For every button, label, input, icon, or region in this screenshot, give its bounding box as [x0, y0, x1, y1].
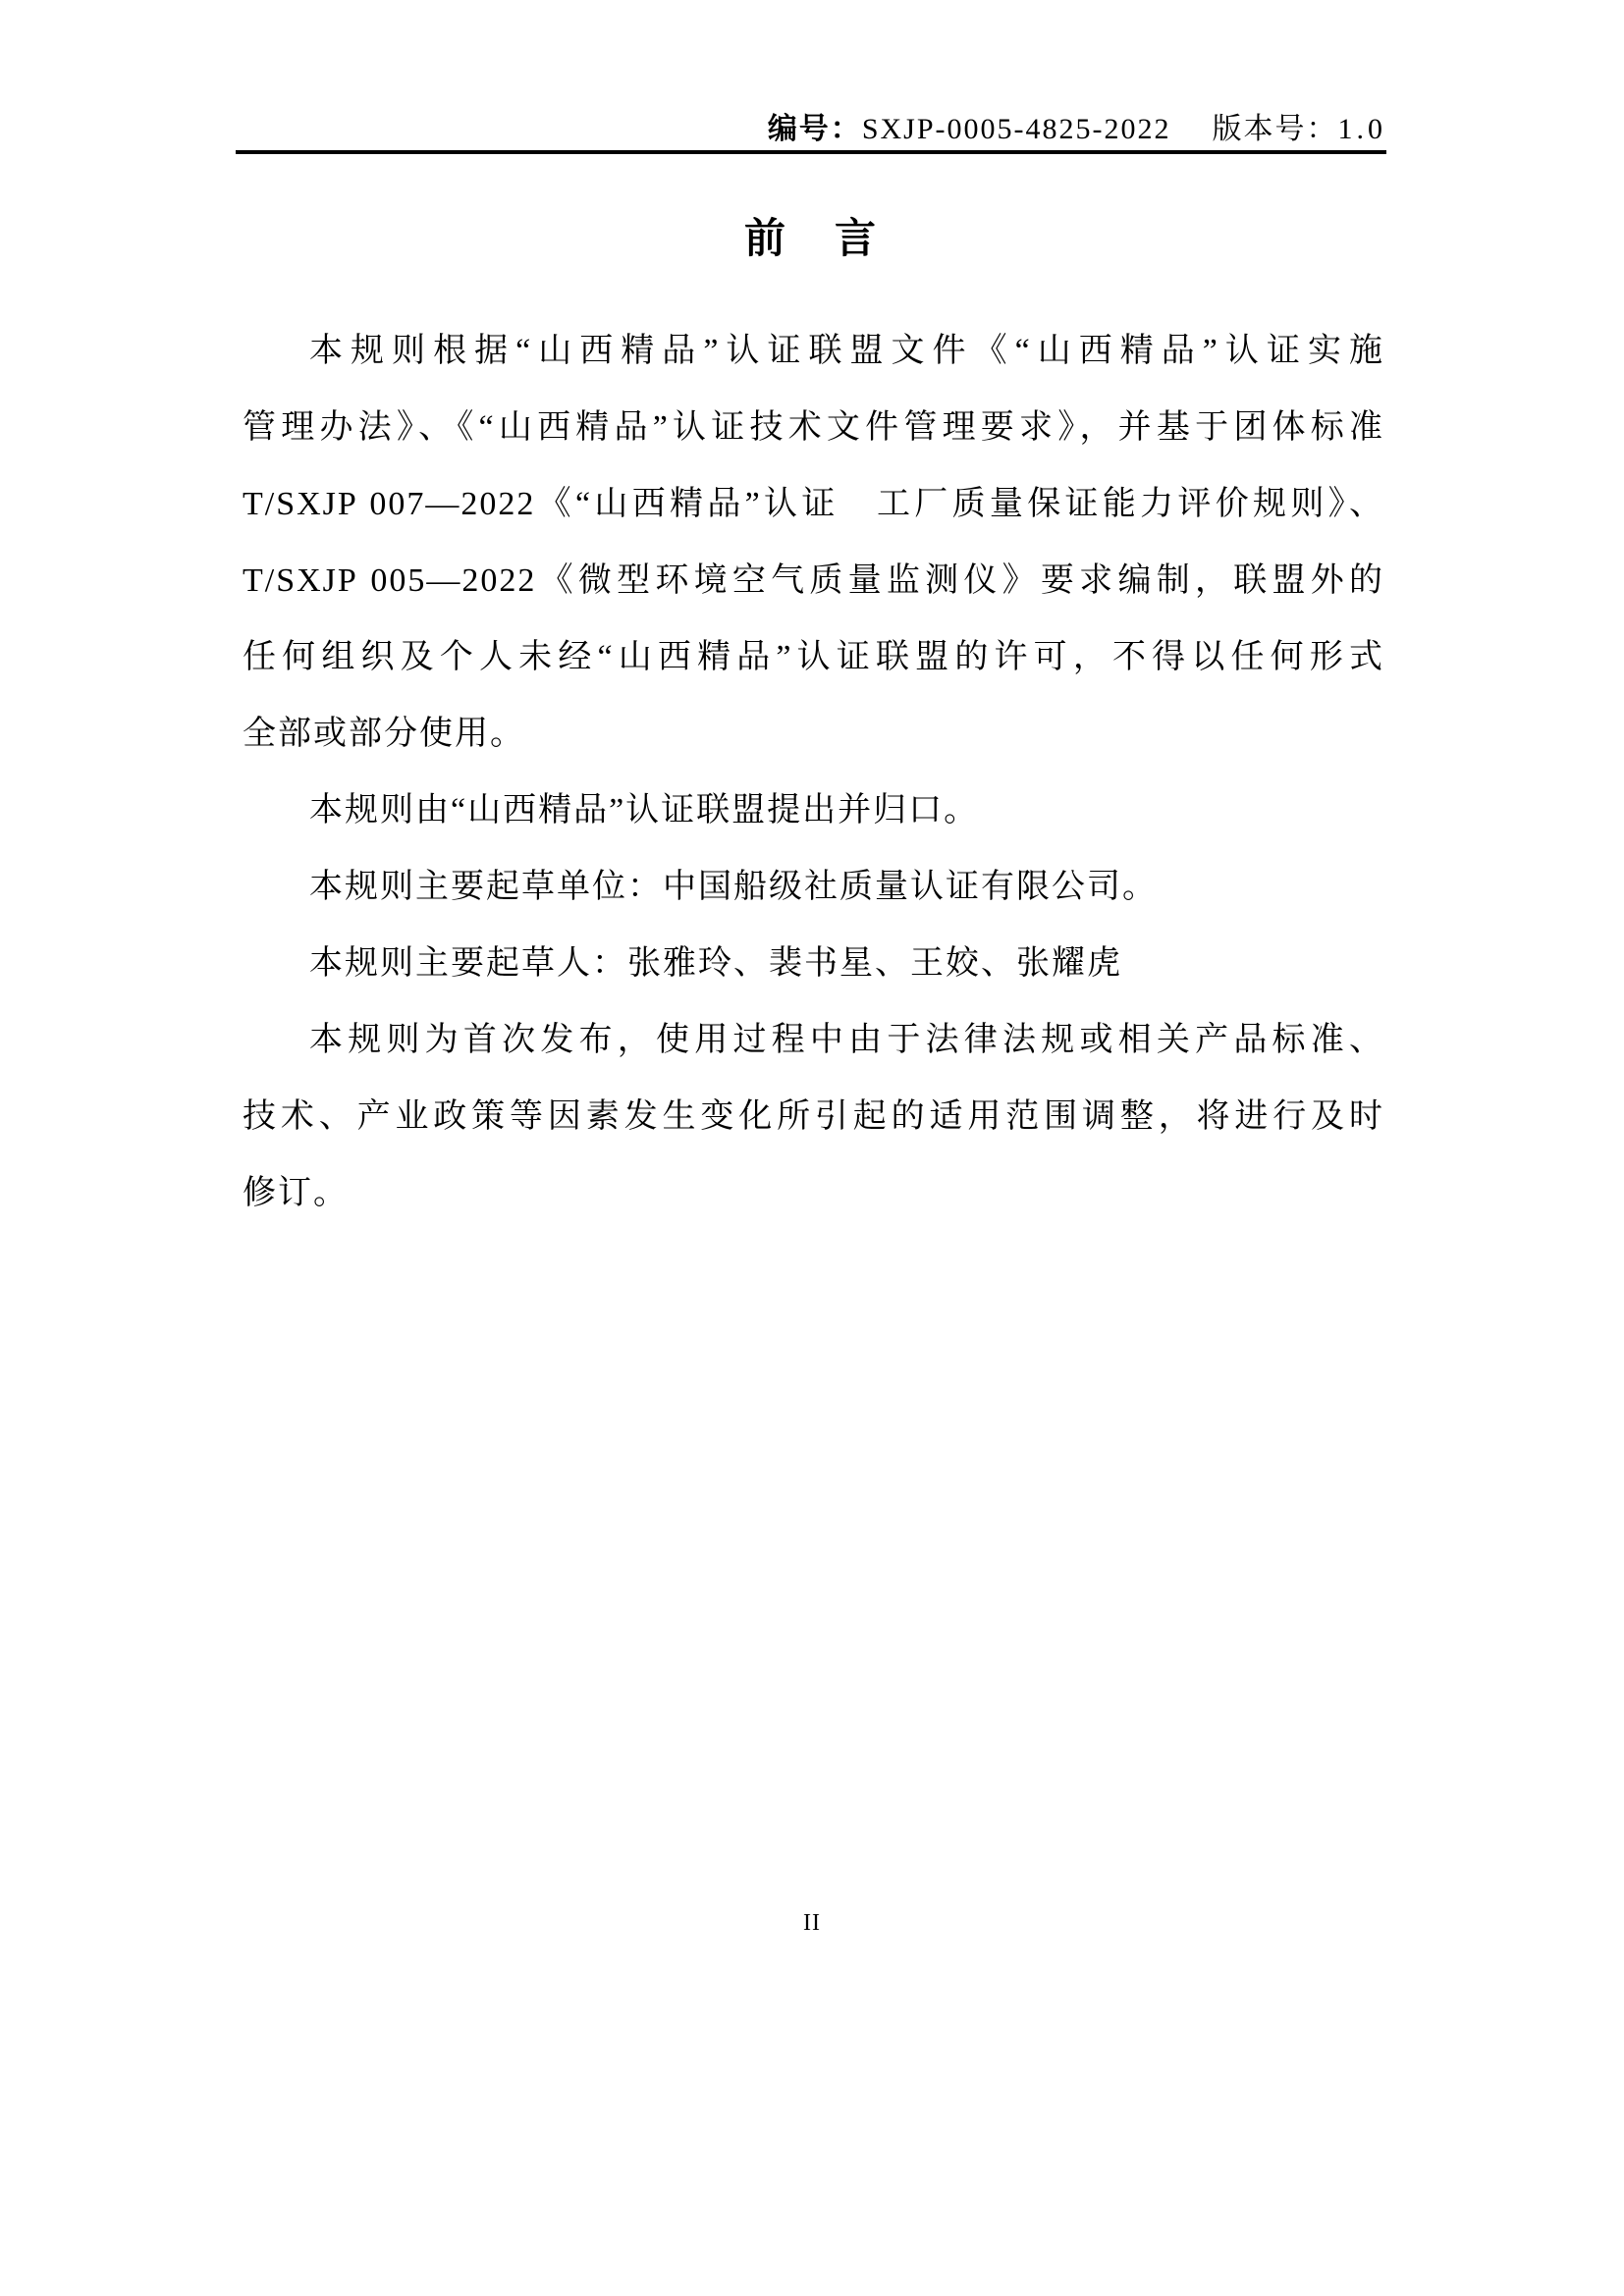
page-footer: II [0, 1910, 1624, 1937]
body-line: 任何组织及个人未经“山西精品”认证联盟的许可，不得以任何形式 [243, 619, 1384, 696]
body-line: 全部或部分使用。 [243, 696, 1384, 773]
doc-number-value: SXJP-0005-4825-2022 [862, 113, 1171, 145]
doc-number-label: 编号： [768, 113, 862, 145]
body-line: 本规则主要起草人：张雅玲、裴书星、王姣、张耀虎 [243, 926, 1384, 1002]
body-line: 本规则由“山西精品”认证联盟提出并归口。 [243, 773, 1384, 849]
body-line: 技术、产业政策等因素发生变化所引起的适用范围调整，将进行及时 [243, 1079, 1384, 1155]
body-line: T/SXJP 005—2022《微型环境空气质量监测仪》要求编制，联盟外的 [243, 543, 1384, 619]
body-line: 修订。 [243, 1155, 1384, 1232]
body-line: 本规则主要起草单位：中国船级社质量认证有限公司。 [243, 849, 1384, 926]
page-header: 编号：SXJP-0005-4825-2022版本号：1.0 [236, 112, 1386, 147]
body-line: 本规则根据“山西精品”认证联盟文件《“山西精品”认证实施 [243, 313, 1384, 390]
body-line: 管理办法》、《“山西精品”认证技术文件管理要求》，并基于团体标准 [243, 390, 1384, 466]
document-body: 本规则根据“山西精品”认证联盟文件《“山西精品”认证实施管理办法》、《“山西精品… [243, 313, 1384, 1232]
body-line: T/SXJP 007—2022《“山西精品”认证 工厂质量保证能力评价规则》、 [243, 466, 1384, 543]
version-label: 版本号： [1213, 113, 1338, 145]
body-line: 本规则为首次发布，使用过程中由于法律法规或相关产品标准、 [243, 1002, 1384, 1079]
page-title: 前 言 [0, 210, 1624, 269]
document-page: 编号：SXJP-0005-4825-2022版本号：1.0 前 言 本规则根据“… [0, 0, 1624, 2296]
page-number: II [803, 1910, 821, 1936]
version-value: 1.0 [1338, 113, 1387, 145]
header-rule [236, 150, 1386, 154]
